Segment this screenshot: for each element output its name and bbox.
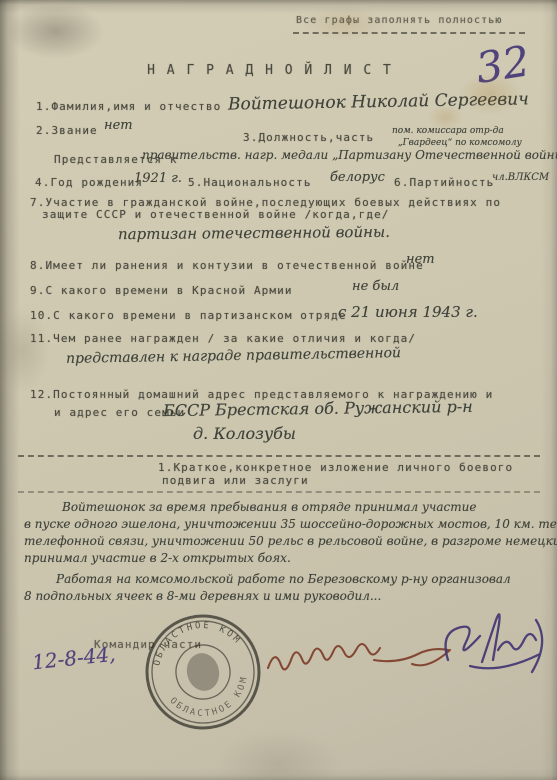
field-rank-value: нет <box>104 118 133 133</box>
field-nationality-value: белорус <box>330 170 385 185</box>
document-title: Н А Г Р А Д Н О Й Л И С Т <box>120 63 420 78</box>
field-previous-awards-label: 11.Чем ранее награжден / за какие отличи… <box>30 332 416 345</box>
field-birth-year-label: 4.Год рождения <box>35 176 143 189</box>
field-red-army-value: не был <box>352 279 399 294</box>
field-war-value: партизан отечественной войны. <box>118 223 390 243</box>
field-nominated-value: правительств. нагр. медали „Партизану От… <box>142 148 557 162</box>
signature-right <box>440 602 552 677</box>
field-name-value: Войтешонок Николай Сергеевич <box>228 89 529 114</box>
field-birth-year-value: 1921 г. <box>134 171 182 186</box>
field-war-label-line2: защите СССР и отечественной войне /когда… <box>42 208 390 221</box>
merit-heading-line1: 1.Краткое,конкретное изложение личного б… <box>158 461 513 474</box>
form-note: Все графы заполнять полностью <box>296 15 503 26</box>
date-handwritten: 12-8-44, <box>31 642 117 675</box>
section-divider-top <box>18 455 540 457</box>
document-page: Все графы заполнять полностью 32 Н А Г Р… <box>0 0 557 780</box>
narrative-line-1: Войтешонок за время пребывания в отряде … <box>62 500 476 514</box>
field-rank-label: 2.Звание <box>36 124 98 137</box>
section-divider-bottom <box>18 491 540 493</box>
field-party-label: 6.Партийность <box>394 176 494 189</box>
field-name-label: 1.Фамилия,имя и отчество <box>36 100 221 113</box>
narrative-line-4: принимал участие в 2-х открытых боях. <box>24 551 291 565</box>
field-party-value: чл.ВЛКСМ <box>492 172 549 183</box>
field-position-label: 3.Должность,часть <box>243 131 374 144</box>
page-number: 32 <box>472 36 532 93</box>
field-partisan-since-value: с 21 июня 1943 г. <box>338 303 478 321</box>
narrative-line-5: Работая на комсомольской работе по Берез… <box>56 572 511 586</box>
form-note-underline <box>293 32 525 34</box>
signature-left <box>262 634 457 682</box>
merit-heading-line2: подвига или заслуги <box>162 474 309 487</box>
field-wounds-label: 8.Имеет ли ранения и контузии в отечеств… <box>30 259 424 272</box>
field-nationality-label: 5.Национальность <box>188 176 312 189</box>
narrative-line-3: телефонной связи, уничтожении 50 рельс в… <box>24 534 557 548</box>
field-red-army-label: 9.С какого времени в Красной Армии <box>30 284 293 297</box>
round-stamp: ОБЛАСТНОЕ КОМ ОБЛАСТНОЕ КОМ <box>138 606 268 738</box>
field-previous-awards-value: представлен к награде правительственной <box>66 345 401 367</box>
field-wounds-value: нет <box>406 252 435 267</box>
narrative-line-2: в пуске одного эшелона, уничтожении 35 ш… <box>24 517 557 531</box>
field-address-value-line1: БССР Брестская об. Ружанский р-н <box>163 397 473 420</box>
field-address-value-line2: д. Колозубы <box>193 424 296 443</box>
field-position-value-line1: пом. комиссара отр-да <box>392 126 504 136</box>
field-position-value-line2: „Гвардеец“ по комсомолу <box>398 138 522 148</box>
narrative-line-6: 8 подпольных ячеек в 8-ми деревнях и ими… <box>24 589 381 603</box>
field-partisan-since-label: 10.С какого времени в партизанском отряд… <box>30 309 347 322</box>
